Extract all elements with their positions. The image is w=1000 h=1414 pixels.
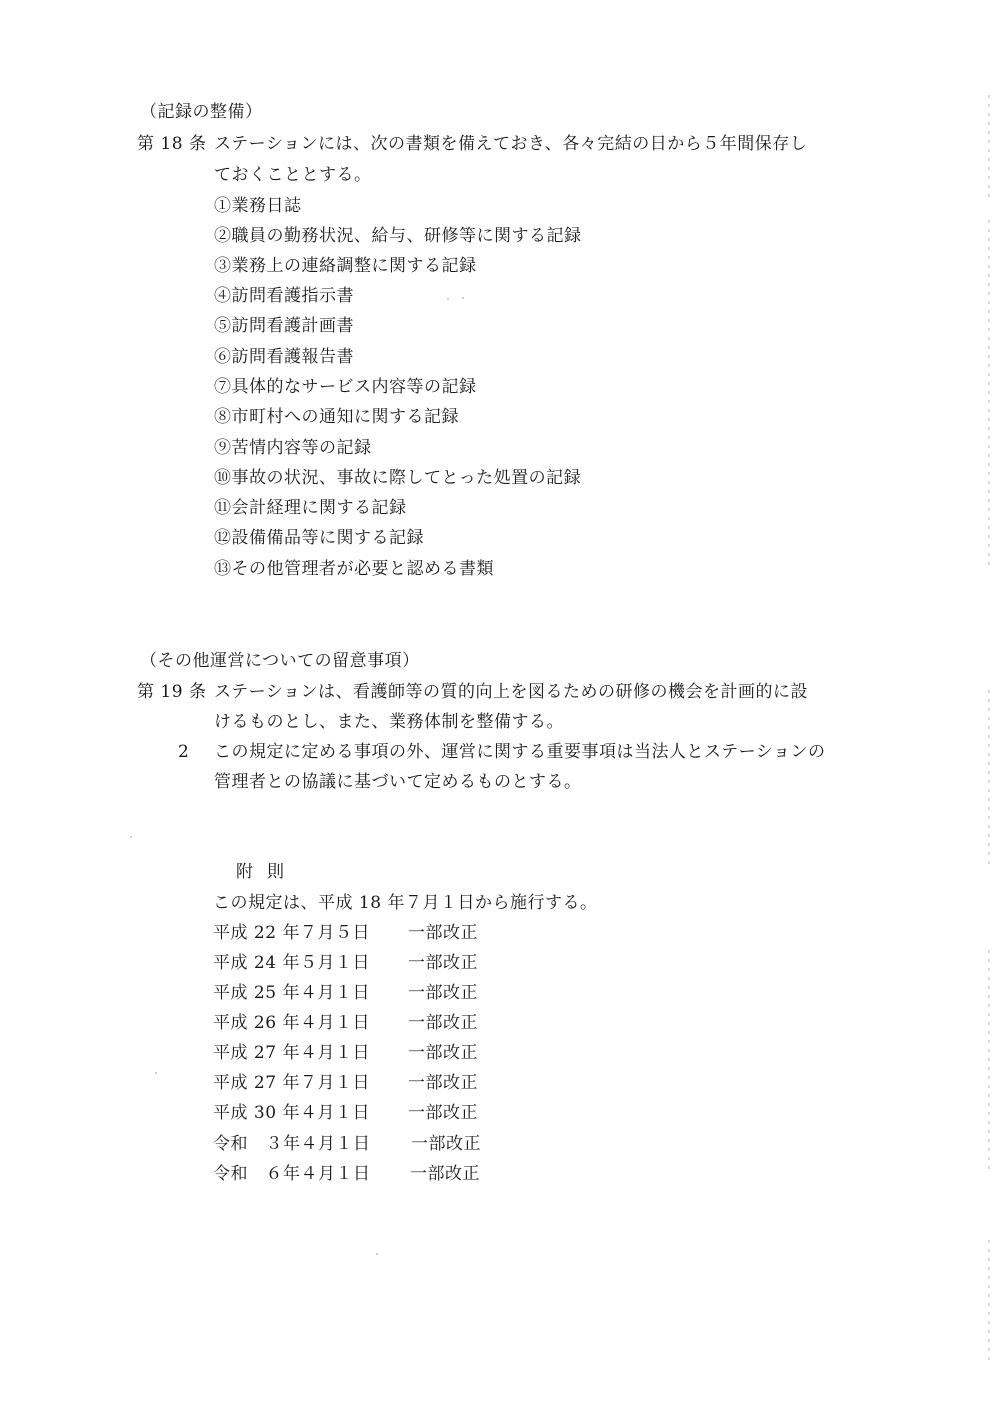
paragraph-2-line1: この規定に定める事項の外、運営に関する重要事項は当法人とステーションの (214, 744, 825, 761)
amendment-date: 平成 26 年４月１日 (213, 1015, 370, 1032)
section-19-heading: （その他運営についての留意事項） (140, 653, 420, 670)
scan-speck (155, 1072, 157, 1074)
amendment-note: 一部改正 (410, 1166, 480, 1183)
scan-artifact (988, 690, 990, 870)
amendment-date: 平成 27 年７月１日 (213, 1075, 370, 1092)
scan-speck (462, 297, 464, 299)
amendment-note: 一部改正 (408, 1045, 478, 1062)
amendment-date: 令和 ６年４月１日 (213, 1166, 371, 1183)
article-19-text-line2: けるものとし、また、業務体制を整備する。 (214, 714, 564, 731)
enforcement-statement: この規定は、平成 18 年７月１日から施行する。 (213, 895, 597, 912)
list-item: ⑫設備備品等に関する記録 (214, 530, 424, 547)
amendment-date: 令和 ３年４月１日 (213, 1136, 371, 1153)
amendment-note: 一部改正 (408, 925, 478, 942)
scan-speck (447, 298, 449, 300)
scan-artifact (988, 950, 990, 1170)
article-18-label: 第 18 条 (137, 136, 206, 153)
scan-speck (130, 836, 132, 838)
amendment-date: 平成 30 年４月１日 (213, 1105, 370, 1122)
list-item: ②職員の勤務状況、給与、研修等に関する記録 (214, 228, 582, 245)
amendment-note: 一部改正 (408, 985, 478, 1002)
paragraph-2-number: 2 (178, 744, 189, 761)
article-18-text-line2: ておくこととする。 (214, 167, 372, 184)
article-19-text-line1: ステーションは、看護師等の質的向上を図るための研修の機会を計画的に設 (214, 684, 808, 701)
amendment-date: 平成 25 年４月１日 (213, 985, 370, 1002)
scan-speck (376, 1253, 378, 1255)
list-item: ⑩事故の状況、事故に際してとった処置の記録 (214, 470, 581, 487)
list-item: ⑦具体的なサービス内容等の記録 (214, 379, 477, 396)
list-item: ③業務上の連絡調整に関する記録 (214, 258, 477, 275)
supplementary-title: 附則 (236, 864, 298, 881)
list-item: ⑨苦情内容等の記録 (214, 440, 372, 457)
scan-artifact (988, 220, 990, 570)
list-item: ④訪問看護指示書 (214, 288, 354, 305)
section-18-heading: （記録の整備） (140, 104, 263, 121)
list-item: ⑬その他管理者が必要と認める書類 (214, 561, 494, 578)
amendment-note: 一部改正 (411, 1136, 481, 1153)
scan-artifact (988, 95, 990, 200)
document-page: （記録の整備） 第 18 条 ステーションには、次の書類を備えておき、各々完結の… (0, 0, 1000, 1414)
list-item: ⑤訪問看護計画書 (214, 318, 354, 335)
scan-artifact (988, 1240, 990, 1360)
list-item: ⑪会計経理に関する記録 (214, 500, 407, 517)
list-item: ⑥訪問看護報告書 (214, 349, 354, 366)
list-item: ⑧市町村への通知に関する記録 (214, 409, 459, 426)
list-item: ①業務日誌 (214, 198, 302, 215)
amendment-note: 一部改正 (408, 1015, 478, 1032)
amendment-date: 平成 24 年５月１日 (213, 955, 370, 972)
article-19-label: 第 19 条 (137, 684, 206, 701)
amendment-date: 平成 27 年４月１日 (213, 1045, 370, 1062)
article-18-text-line1: ステーションには、次の書類を備えておき、各々完結の日から５年間保存し (214, 136, 807, 153)
paragraph-2-line2: 管理者との協議に基づいて定めるものとする。 (214, 774, 582, 791)
amendment-note: 一部改正 (408, 955, 478, 972)
amendment-date: 平成 22 年７月５日 (213, 925, 370, 942)
amendment-note: 一部改正 (408, 1105, 478, 1122)
amendment-note: 一部改正 (408, 1075, 478, 1092)
